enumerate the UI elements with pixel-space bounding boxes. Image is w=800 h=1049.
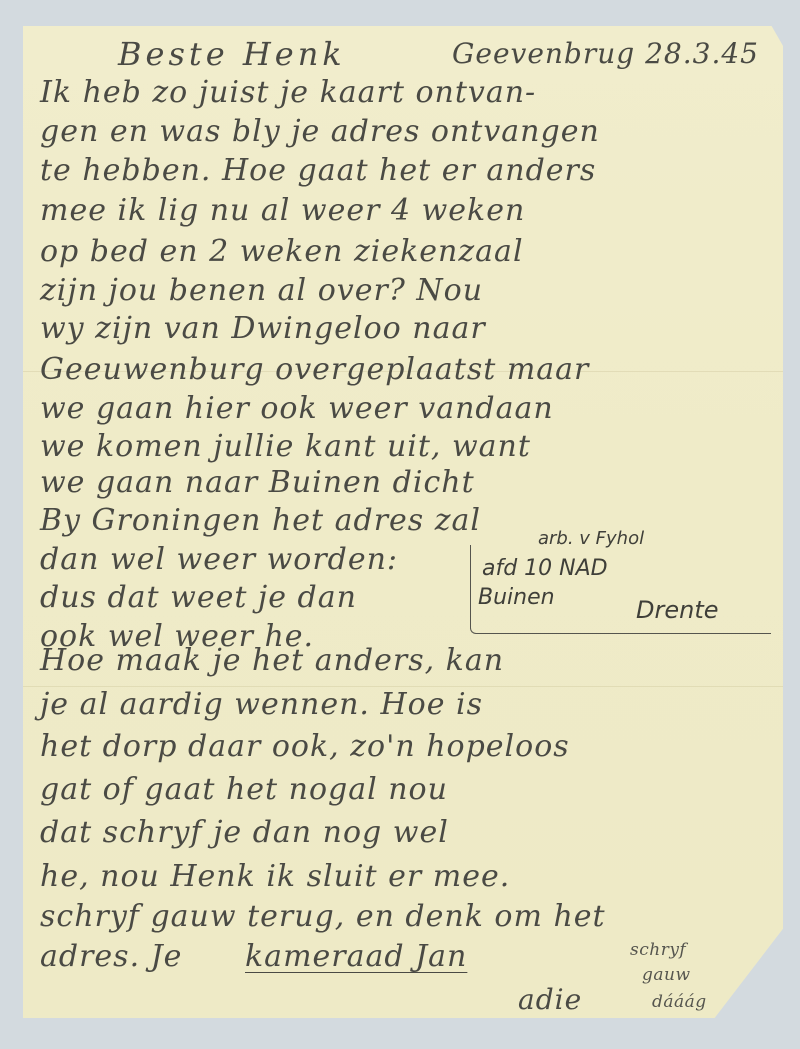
place-date: Geevenbrug 28.3.45 [452, 40, 759, 68]
letter-line: Geeuwenburg overgeplaatst maar [40, 355, 589, 385]
letter-line: op bed en 2 weken ziekenzaal [40, 237, 524, 267]
letter-line: zijn jou benen al over? Nou [40, 276, 483, 306]
postscript-line-3: dááág [652, 994, 707, 1011]
postscript-line-1: schryf [630, 942, 686, 959]
letter-line: je al aardig wennen. Hoe is [40, 690, 483, 720]
letter-line: schryf gauw terug, en denk om het [40, 902, 606, 932]
letter-line: we komen jullie kant uit, want [40, 432, 531, 462]
letter-line: wy zijn van Dwingeloo naar [40, 314, 486, 344]
address-line-2: afd 10 NAD [482, 556, 608, 581]
letter-line: mee ik lig nu al weer 4 weken [40, 196, 525, 226]
letter-line: gat of gaat het nogal nou [40, 775, 448, 805]
letter-line: gen en was bly je adres ontvangen [40, 117, 600, 147]
letter-line: we gaan hier ook weer vandaan [40, 394, 554, 424]
letter-line: By Groningen het adres zal [40, 506, 481, 536]
letter-line: adres. Je [40, 942, 182, 972]
letter-line: dat schryf je dan nog wel [40, 818, 449, 848]
letter-line: dan wel weer worden: [40, 545, 398, 575]
postscript-line-2: gauw [642, 967, 691, 984]
address-line-3: Buinen [478, 585, 555, 610]
letter-line: dus dat weet je dan [40, 583, 357, 613]
letter-line: het dorp daar ook, zo'n hopeloos [40, 732, 570, 762]
letter-line: Hoe maak je het anders, kan [40, 646, 504, 676]
address-line-4: Drente [636, 596, 719, 624]
salutation: Beste Henk [118, 38, 346, 70]
letter-line: Ik heb zo juist je kaart ontvan- [40, 78, 536, 108]
farewell: adie [518, 986, 582, 1014]
letter-line: he, nou Henk ik sluit er mee. [40, 862, 510, 892]
signature: kameraad Jan [245, 942, 467, 972]
letter-line: we gaan naar Buinen dicht [40, 468, 475, 498]
letter-line: te hebben. Hoe gaat het er anders [40, 156, 596, 186]
